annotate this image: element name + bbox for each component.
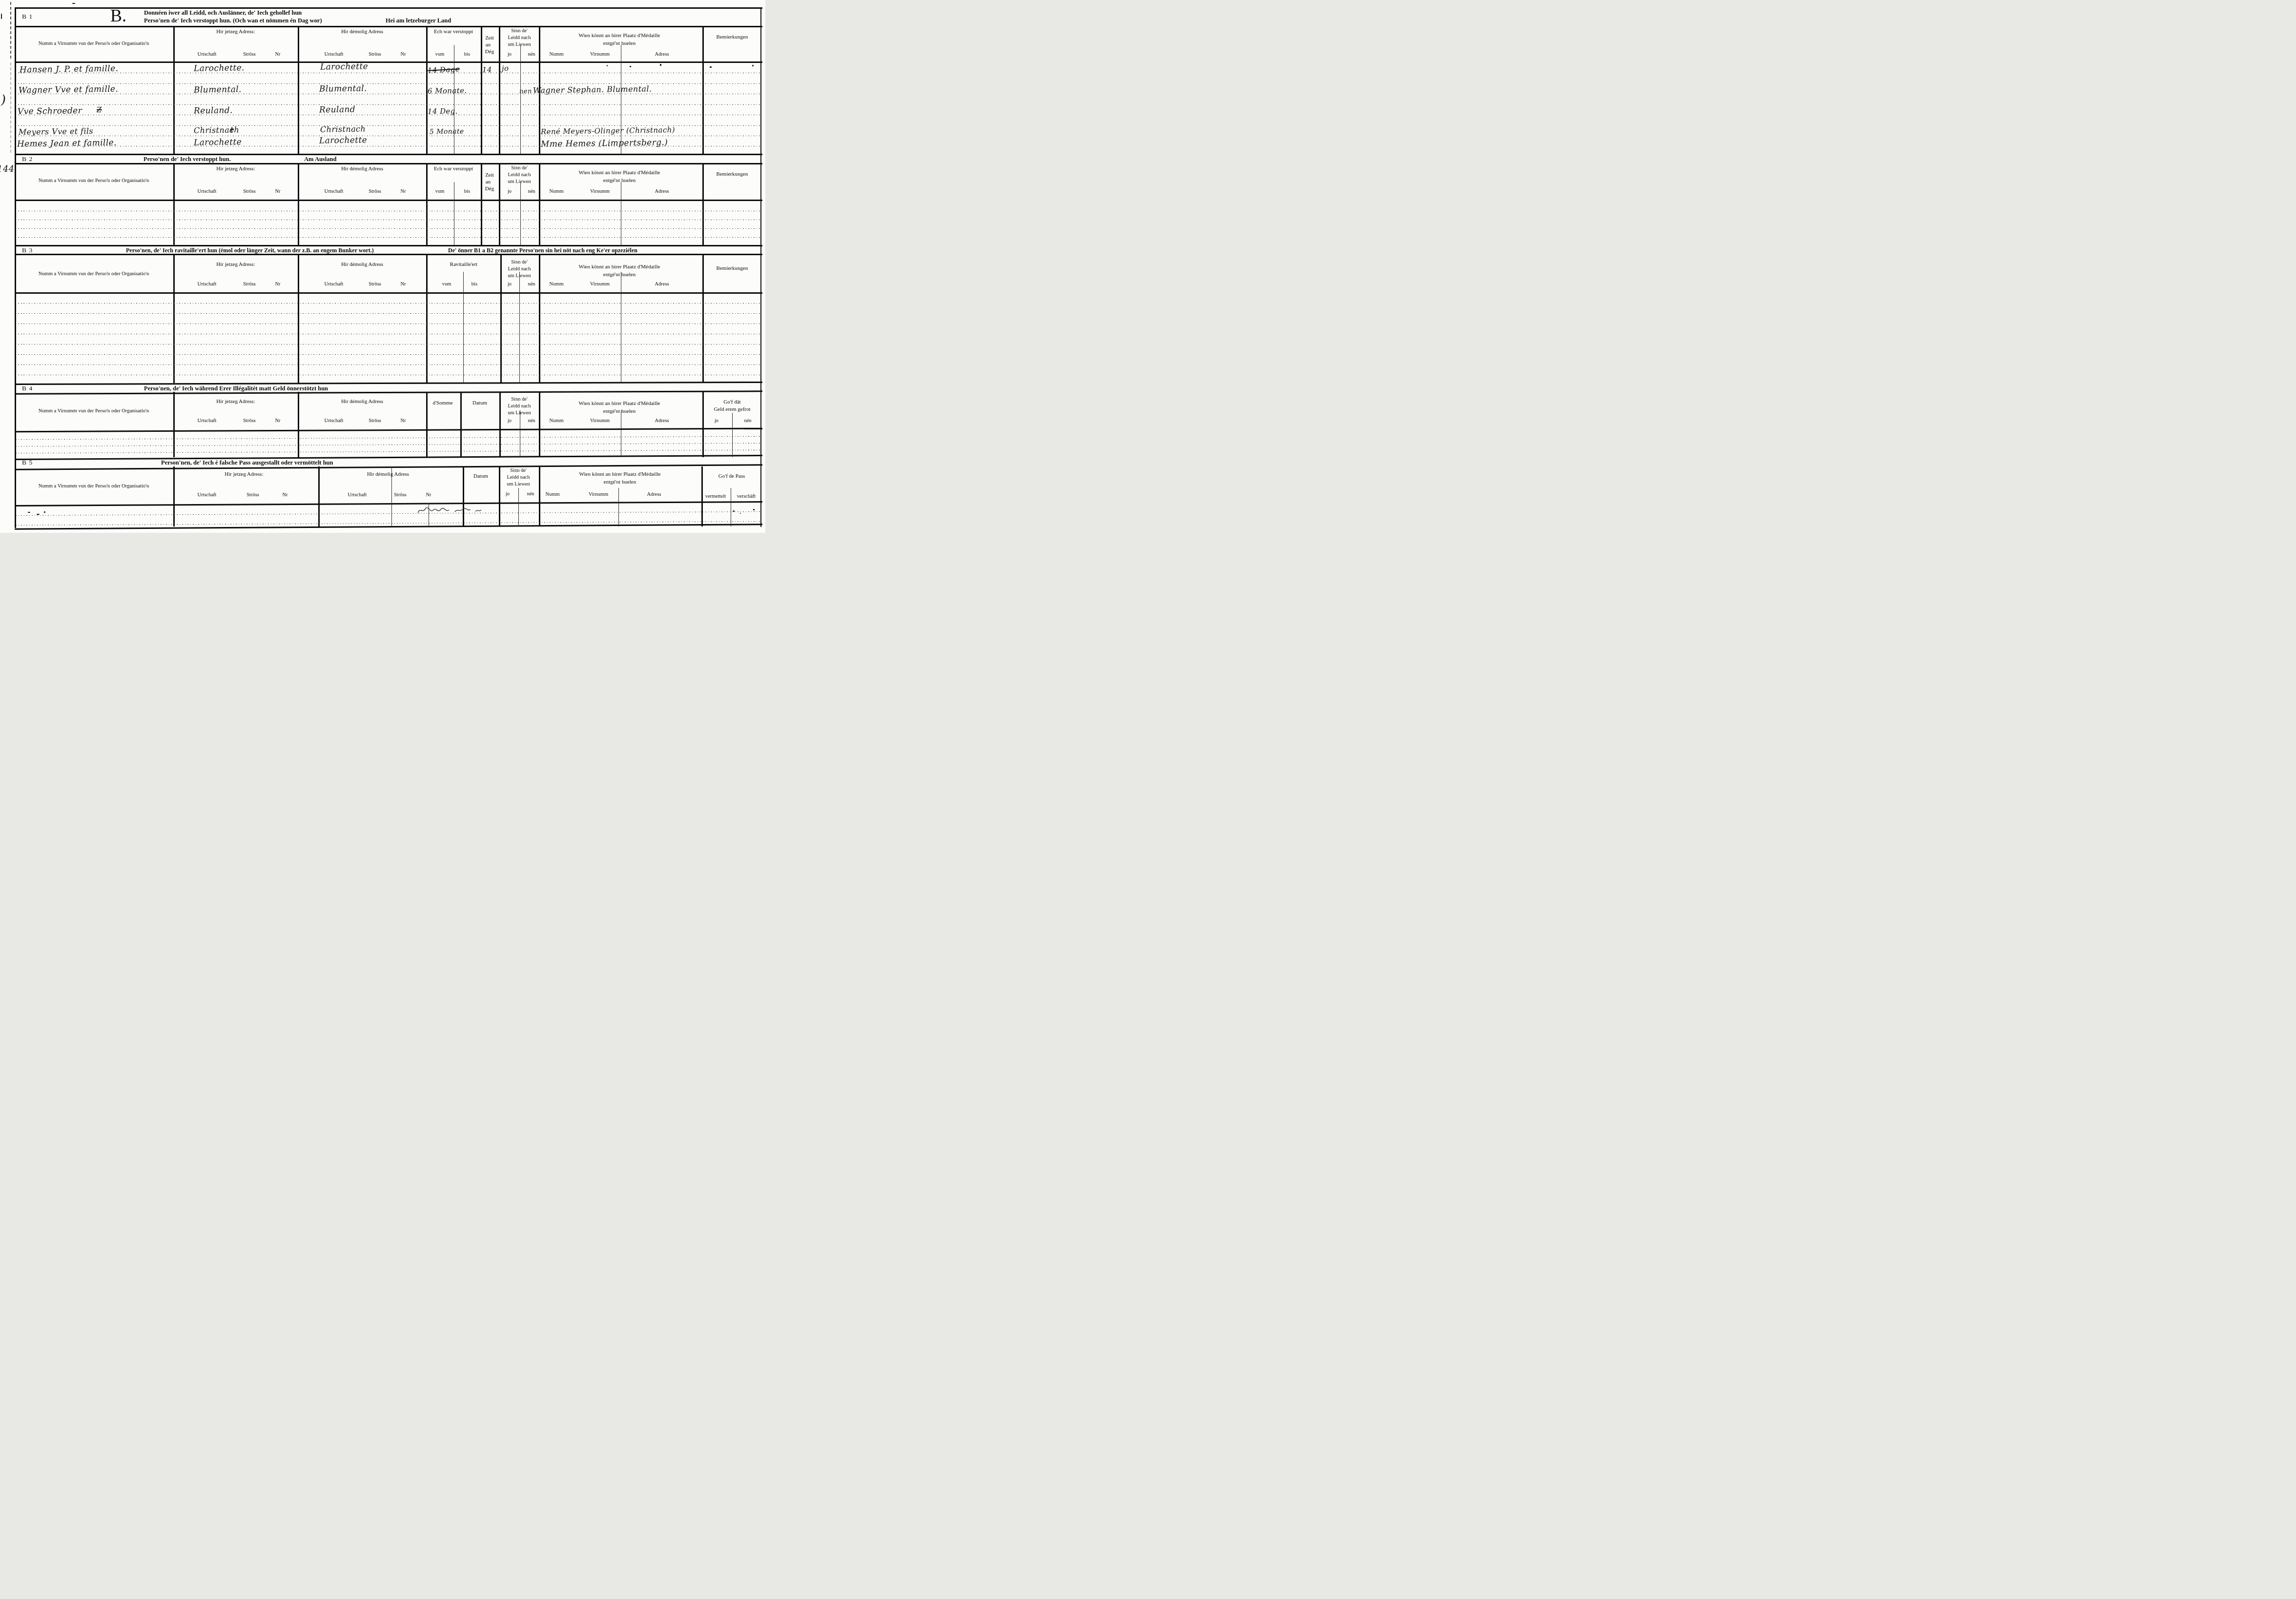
table-border <box>760 7 761 527</box>
ruled-line <box>16 354 760 355</box>
subcol-urtschaft: Urtschaft <box>197 418 216 424</box>
column-divider <box>539 466 540 526</box>
column-divider <box>519 272 520 383</box>
col-header-zeit: an <box>486 179 491 185</box>
col-header-alive: Sinn de' <box>511 28 528 34</box>
col-header-current-address: Hir jetzeg Adress: <box>216 262 255 267</box>
col-header-former-address: Hir démolig Adress <box>341 166 383 172</box>
entry-name: Wagner Vve et famille. <box>19 84 119 96</box>
subcol-jo: jo <box>508 418 512 424</box>
column-divider <box>298 392 299 457</box>
col-header-name: Numm a Virnumm vun der Perso'n oder Orga… <box>39 484 149 489</box>
col-header-supplied: Ravitaille'ert <box>450 262 477 267</box>
subcol-virnumm: Virnumm <box>590 52 610 57</box>
entry-current-address-struck: t <box>230 125 234 134</box>
ink-speck <box>660 64 661 66</box>
column-divider <box>520 410 520 457</box>
entry-days: 14 <box>482 65 492 74</box>
ruled-line <box>16 344 760 344</box>
margin-dashed-line <box>10 62 11 153</box>
section-title-b2-bold: Am Ausland <box>304 156 336 163</box>
entry-duration: 6 Monate. <box>428 86 467 95</box>
subcol-nen: nén <box>528 52 535 57</box>
ruled-line <box>16 303 760 304</box>
col-header-medal: entgé'nt huelen <box>603 40 635 46</box>
entry-duration-struck: 14 Dage <box>428 64 460 75</box>
column-divider <box>481 163 482 245</box>
col-header-alive: um Liewen <box>508 179 531 184</box>
column-divider <box>621 45 621 154</box>
column-divider <box>426 163 428 245</box>
column-divider <box>702 26 704 154</box>
column-divider <box>500 254 502 383</box>
ruled-line <box>16 324 760 324</box>
subcol-jo: jo <box>508 52 512 57</box>
column-divider <box>702 163 704 245</box>
subcol-numm: Numm <box>549 189 563 194</box>
column-divider <box>520 45 521 154</box>
entry-medal-recipient: Wagner Stephan. Blumental. <box>533 84 652 95</box>
column-divider <box>539 254 540 383</box>
subcol-nr: Nr <box>400 418 406 424</box>
col-header-alive: um Liewen <box>508 410 531 416</box>
col-header-name: Numm a Virnumm vun der Perso'n oder Orga… <box>39 408 149 414</box>
column-divider <box>481 26 482 154</box>
subcol-stross: Ströss <box>243 189 256 194</box>
col-header-zeit: Zeit <box>485 172 494 178</box>
table-border <box>15 292 762 294</box>
entry-name: Hemes Jean et famille. <box>17 138 117 149</box>
col-header-hidden: Ech war verstoppt <box>434 29 473 35</box>
subcol-urtschaft: Urtschaft <box>197 52 216 57</box>
col-header-medal: entgé'nt huelen <box>603 408 635 414</box>
entry-current-address: Larochette. <box>194 63 245 73</box>
col-header-medal: entgé'nt huelen <box>603 178 635 183</box>
subcol-adress: Adress <box>655 282 669 287</box>
subcol-bis: bis <box>464 189 470 194</box>
illegible-scribble <box>416 504 489 516</box>
subcol-nr: Nr <box>426 492 431 498</box>
col-header-remarks: Bemierkungen <box>717 265 748 271</box>
subcol-virnumm: Virnumm <box>589 492 608 497</box>
ruled-line <box>16 375 760 375</box>
column-divider <box>173 392 175 457</box>
column-divider <box>173 163 175 245</box>
col-header-alive: Leidd nach <box>508 35 531 40</box>
entry-current-address: Blumental. <box>194 84 242 95</box>
col-header-alive: um Liewen <box>507 482 530 487</box>
ruled-line <box>16 334 760 334</box>
subcol-numm: Numm <box>549 52 563 57</box>
subcol-nr: Nr <box>275 189 280 194</box>
subcol-urtschaft: Urtschaft <box>348 492 367 498</box>
subcol-adress: Adress <box>655 52 669 57</box>
ink-speck <box>37 514 40 515</box>
subcol-nr: Nr <box>400 189 406 194</box>
ruled-line <box>16 364 760 365</box>
column-divider <box>298 254 299 383</box>
column-divider <box>520 182 521 245</box>
section-title-b5: Person'nen, de' Iech é falsche Pass ausg… <box>161 459 333 466</box>
table-border <box>15 245 762 246</box>
subcol-urtschaft: Urtschaft <box>324 189 343 194</box>
ruled-line <box>16 228 760 229</box>
col-header-medal: Wien könnt an hirer Plaatz d'Médaille <box>579 264 660 270</box>
subcol-nr: Nr <box>400 52 406 57</box>
ruled-line <box>16 136 760 136</box>
entry-current-address: Larochette <box>194 137 242 147</box>
table-border <box>15 154 762 155</box>
column-divider <box>621 182 621 245</box>
entry-current-address: Reuland. <box>194 105 233 116</box>
column-divider <box>539 163 540 245</box>
entry-name-struck: Z <box>97 105 102 114</box>
entry-former-address: Christnach <box>320 124 366 134</box>
ink-speck <box>72 3 75 4</box>
subcol-urtschaft: Urtschaft <box>324 52 343 57</box>
table-border <box>15 390 762 394</box>
col-header-former-address: Hir démolig Adress <box>341 262 383 267</box>
subcol-vermettelt: vermettelt <box>705 494 726 499</box>
entry-former-address: Larochette <box>319 135 367 145</box>
entry-medal-recipient: René Meyers-Olinger (Christnach) <box>541 125 675 136</box>
entry-former-address: Blumental. <box>319 83 367 94</box>
subcol-bis: bis <box>464 52 470 57</box>
column-divider <box>463 272 464 383</box>
col-header-medal: Wien könnt an hirer Plaatz d'Médaille <box>579 471 661 477</box>
subcol-vum: vum <box>442 282 451 287</box>
subcol-jo: jo <box>715 418 718 424</box>
col-header-medal: Wien könnt an hirer Plaatz d'Médaille <box>579 170 660 176</box>
column-divider <box>732 413 733 457</box>
col-header-zeit: Zeit <box>485 35 494 41</box>
table-border <box>15 501 762 506</box>
column-divider <box>618 488 619 526</box>
subcol-stross: Ströss <box>246 492 259 498</box>
entry-former-address: Reuland <box>319 104 355 115</box>
ink-speck <box>752 65 754 66</box>
col-header-alive: Sinn de' <box>510 468 527 473</box>
col-header-alive: Leidd nach <box>507 475 530 480</box>
subcol-adress: Adress <box>647 492 661 497</box>
subcol-jo: jo <box>508 189 512 194</box>
entry-alive: jo <box>502 64 509 73</box>
column-divider <box>318 466 320 526</box>
section-title-b4: Perso'nen, de' Iech während Erer Illégal… <box>144 385 328 392</box>
section-label-b2: B 2 <box>22 155 33 163</box>
margin-dashed-line <box>10 2 11 59</box>
col-header-medal: entgé'nt huelen <box>604 479 636 485</box>
ink-speck <box>740 513 741 514</box>
subcol-nen: nén <box>528 189 535 194</box>
subcol-urtschaft: Urtschaft <box>324 282 343 287</box>
section-title-b1-line1: Donnéen iwer all Leidd, och Auslänner, d… <box>144 9 302 17</box>
entry-alive: nen <box>519 88 532 95</box>
subcol-adress: Adress <box>655 189 669 194</box>
col-header-alive: Sinn de' <box>511 165 528 171</box>
table-border <box>15 7 16 528</box>
subcol-stross: Ströss <box>369 282 381 287</box>
subcol-virnumm: Virnumm <box>590 282 610 287</box>
ruled-line <box>16 73 760 73</box>
section-letter-b: B. <box>110 7 126 24</box>
section-title-b1-line2: Perso'nen de' Iech verstoppt hun. (Och w… <box>144 17 322 24</box>
col-header-date: Datum <box>472 400 487 406</box>
col-header-alive: um Liewen <box>508 42 531 47</box>
col-header-pass-given: Go'f de Pass <box>718 473 745 479</box>
col-header-money-returned: Go'f dât <box>723 399 740 405</box>
subcol-stross: Ströss <box>369 189 381 194</box>
subcol-vum: vum <box>435 189 445 194</box>
section-label-b3: B 3 <box>22 246 33 254</box>
column-divider <box>173 254 175 383</box>
table-border <box>15 428 762 433</box>
subcol-urtschaft: Urtschaft <box>324 418 343 424</box>
column-divider <box>499 466 500 526</box>
column-divider <box>460 392 462 457</box>
subcol-numm: Numm <box>549 282 563 287</box>
ruled-line <box>16 211 760 211</box>
table-border <box>15 200 762 201</box>
table-border <box>15 7 762 9</box>
margin-bracket-mark: ) <box>1 93 6 107</box>
entry-duration: 14 Deg. <box>428 107 458 116</box>
col-header-former-address: Hir démolig Adress <box>367 471 409 477</box>
col-header-medal: Wien könnt an hirer Plaatz d'Médaille <box>579 33 660 39</box>
subcol-bis: bis <box>471 282 477 287</box>
table-border <box>15 163 762 164</box>
col-header-medal: Wien könnt an hirer Plaatz d'Médaille <box>579 401 660 406</box>
column-divider <box>499 392 501 457</box>
col-header-zeit: Dég <box>485 186 494 192</box>
col-header-current-address: Hir jetzeg Adress: <box>225 471 263 477</box>
ruled-line <box>16 220 760 220</box>
column-divider <box>701 466 703 526</box>
column-divider <box>426 254 428 383</box>
subcol-nr: Nr <box>275 418 280 424</box>
subcol-stross: Ströss <box>369 52 381 57</box>
subcol-stross: Ströss <box>243 282 256 287</box>
col-header-alive: Leidd nach <box>508 404 531 409</box>
col-header-zeit: Dég <box>485 49 494 55</box>
subcol-stross: Ströss <box>369 418 381 424</box>
subcol-nen: nén <box>528 418 535 424</box>
column-divider <box>539 392 540 457</box>
entry-name: Meyers Vve et fils <box>19 126 93 137</box>
col-header-money-returned: Geld erem gefrot <box>714 406 750 412</box>
subcol-numm: Numm <box>545 492 559 497</box>
subcol-verschaft: verschäft <box>737 494 756 499</box>
column-divider <box>454 182 454 245</box>
column-divider <box>518 488 519 526</box>
col-header-name: Numm a Virnumm vun der Perso'n oder Orga… <box>39 41 149 46</box>
ruled-line <box>16 443 760 447</box>
subcol-virnumm: Virnumm <box>590 189 610 194</box>
column-divider <box>454 45 454 154</box>
section-title-b3-bold: De' önner B1 a B2 genannte Perso'nen sin… <box>448 247 637 254</box>
ink-speck <box>710 66 712 68</box>
entry-name: Hansen J. P. et famille. <box>20 64 119 75</box>
table-border <box>15 382 762 385</box>
col-header-alive: Sinn de' <box>511 397 528 402</box>
section-label-b4: B 4 <box>22 385 33 392</box>
subcol-nr: Nr <box>275 282 280 287</box>
ink-speck <box>733 510 735 512</box>
section-label-b1: B 1 <box>22 13 33 20</box>
col-header-current-address: Hir jetzeg Adress: <box>216 399 255 405</box>
subcol-virnumm: Virnumm <box>590 418 610 424</box>
table-border <box>15 455 762 460</box>
subcol-nr: Nr <box>275 52 280 57</box>
ink-speck <box>607 65 608 66</box>
column-divider <box>702 254 704 383</box>
ruled-line <box>16 94 760 94</box>
ruled-line <box>16 237 760 238</box>
column-divider <box>426 392 428 457</box>
column-divider <box>731 488 731 526</box>
col-header-name: Numm a Virnumm vun der Perso'n oder Orga… <box>39 178 149 183</box>
ruled-line <box>16 313 760 314</box>
subcol-urtschaft: Urtschaft <box>197 282 216 287</box>
subcol-jo: jo <box>506 491 510 497</box>
column-divider <box>173 466 175 526</box>
subcol-vum: vum <box>435 52 445 57</box>
ink-speck <box>44 511 45 513</box>
subcol-numm: Numm <box>549 418 563 424</box>
column-divider <box>173 26 175 154</box>
ruled-line <box>16 450 760 454</box>
column-divider <box>621 272 621 383</box>
column-divider <box>499 163 500 245</box>
ink-speck <box>28 512 30 513</box>
section-label-b5: B 5 <box>22 459 33 466</box>
col-header-amount: d'Somme <box>432 400 452 406</box>
section-title-b2: Perso'nen de' Iech verstoppt hun. <box>143 156 231 163</box>
subcol-urtschaft: Urtschaft <box>197 189 216 194</box>
table-border <box>15 464 762 470</box>
subcol-nr: Nr <box>282 492 287 498</box>
subcol-stross: Ströss <box>243 52 256 57</box>
column-divider <box>463 466 464 526</box>
col-header-alive: um Liewen <box>508 273 531 279</box>
col-header-current-address: Hir jetzeg Adress: <box>216 166 255 172</box>
entry-medal-recipient: Mme Hemes (Limpertsberg.) <box>541 138 668 149</box>
subcol-jo: jo <box>508 282 512 287</box>
col-header-alive: Sinn de' <box>511 260 528 265</box>
section-title-b3: Perso'nen, de' Iech ravitaille'ert hun (… <box>126 247 374 254</box>
subcol-stross: Ströss <box>243 418 256 424</box>
column-divider <box>298 163 299 245</box>
ink-speck <box>1 14 2 19</box>
ruled-line <box>16 115 760 115</box>
col-header-former-address: Hir démolig Adress <box>341 399 383 405</box>
subcol-nen: nén <box>527 491 534 497</box>
col-header-name: Numm a Virnumm vun der Perso'n oder Orga… <box>39 271 149 277</box>
ink-speck <box>753 509 755 510</box>
col-header-alive: Leidd nach <box>508 266 531 272</box>
col-header-alive: Leidd nach <box>508 172 531 178</box>
col-header-hidden: Ech war verstoppt <box>434 166 473 172</box>
subcol-urtschaft: Urtschaft <box>197 492 216 498</box>
col-header-remarks: Bemierkungen <box>717 34 748 40</box>
section-title-b1-line2-bold: Hei am letzeburger Land <box>386 17 451 24</box>
ruled-line <box>16 436 760 440</box>
subcol-stross: Ströss <box>394 492 407 498</box>
column-divider <box>298 26 299 154</box>
subcol-nr: Nr <box>400 282 406 287</box>
column-divider <box>702 392 704 457</box>
entry-former-address: Larochette <box>320 61 368 72</box>
subcol-adress: Adress <box>655 418 669 424</box>
column-divider <box>499 26 500 154</box>
col-header-zeit: an <box>486 42 491 48</box>
ruled-line <box>16 511 760 516</box>
col-header-former-address: Hir démolig Adress <box>341 29 383 35</box>
col-header-date: Datum <box>473 473 488 479</box>
ruled-line <box>16 104 760 105</box>
col-header-current-address: Hir jetzeg Adress: <box>216 29 255 35</box>
margin-number: 144 <box>0 164 15 174</box>
entry-name: Vve Schroeder <box>18 106 82 117</box>
table-border <box>15 61 762 63</box>
subcol-nen: nén <box>744 418 751 424</box>
ink-speck <box>630 66 631 67</box>
scanned-form-page: ) 144 <box>0 0 765 533</box>
table-border <box>15 26 762 27</box>
col-header-medal: entgé'nt huelen <box>603 272 635 278</box>
col-header-remarks: Bemierkungen <box>717 171 748 177</box>
subcol-nen: nén <box>528 282 535 287</box>
entry-duration: 5 Monate <box>430 128 464 136</box>
